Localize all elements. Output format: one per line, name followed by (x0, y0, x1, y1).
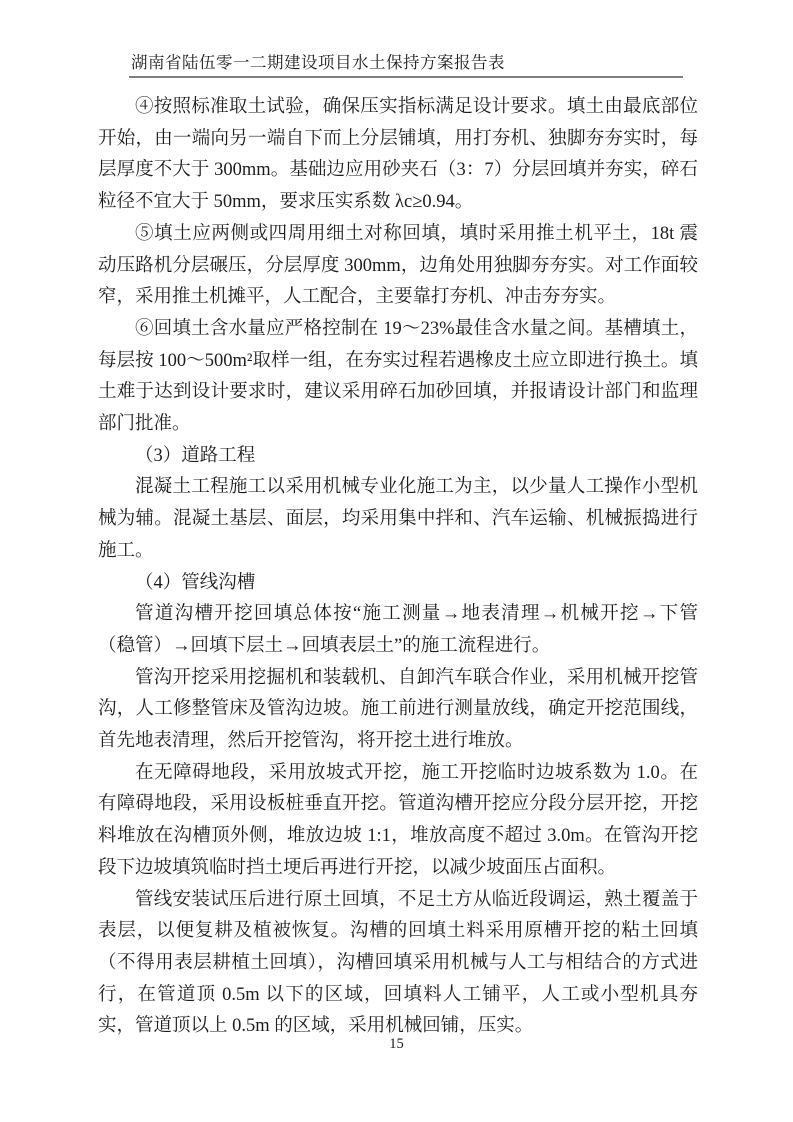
paragraph: 管线安装试压后进行原土回填，不足土方从临近段调运，熟土覆盖于表层，以便复耕及植被… (98, 885, 698, 1044)
document-body: ④按照标准取土试验，确保压实指标满足设计要求。填土由最底部位开始，由一端向另一端… (98, 92, 698, 1043)
paragraph: 混凝土工程施工以采用机械专业化施工为主，以少量人工操作小型机械为辅。混凝土基层、… (98, 472, 698, 567)
header-rule (129, 76, 683, 78)
page-header-title: 湖南省陆伍零一二期建设项目水土保持方案报告表 (131, 52, 505, 74)
document-page: 湖南省陆伍零一二期建设项目水土保持方案报告表 ④按照标准取土试验，确保压实指标满… (0, 0, 793, 1122)
paragraph: ⑥回填土含水量应严格控制在 19～23%最佳含水量之间。基槽填土，每层按 100… (98, 314, 698, 441)
page-number: 15 (0, 1036, 793, 1053)
paragraph: ④按照标准取土试验，确保压实指标满足设计要求。填土由最底部位开始，由一端向另一端… (98, 92, 698, 219)
paragraph-section-heading: （3）道路工程 (98, 441, 698, 473)
paragraph: 管沟开挖采用挖掘机和装载机、自卸汽车联合作业，采用机械开挖管沟，人工修整管床及管… (98, 663, 698, 758)
paragraph: ⑤填土应两侧或四周用细土对称回填，填时采用推土机平土，18t 震动压路机分层碾压… (98, 219, 698, 314)
paragraph: 在无障碍地段，采用放坡式开挖，施工开挖临时边坡系数为 1.0。在有障碍地段，采用… (98, 758, 698, 885)
paragraph: 管道沟槽开挖回填总体按“施工测量→地表清理→机械开挖→下管（稳管）→回填下层土→… (98, 599, 698, 662)
paragraph-section-heading: （4）管线沟槽 (98, 568, 698, 600)
